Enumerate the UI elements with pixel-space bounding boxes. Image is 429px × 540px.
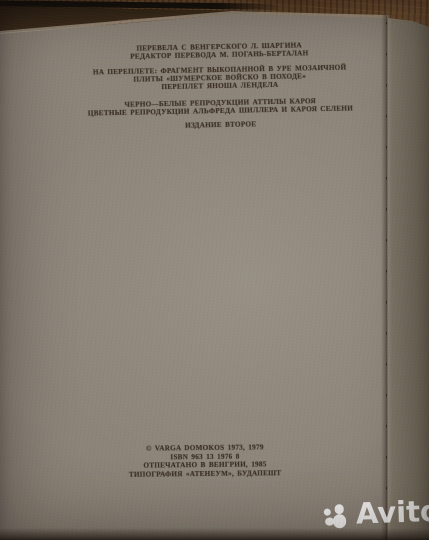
imprint-text: © VARGA DOMOKOS 1973, 1979 ISBN 963 13 1… (10, 442, 400, 480)
logo-circle-top (334, 504, 344, 514)
avito-wordmark: Avito (355, 494, 429, 531)
book-photo: ПЕРЕВЕЛА С ВЕНГЕРСКОГО Л. ШАРГИНА РЕДАКТ… (0, 0, 429, 540)
colophon-text: ПЕРЕВЕЛА С ВЕНГЕРСКОГО Л. ШАРГИНА РЕДАКТ… (19, 39, 421, 139)
edition-line: ИЗДАНИЕ ВТОРОЕ (21, 117, 421, 133)
logo-circle-big (332, 514, 346, 528)
avito-logo-icon (319, 501, 356, 534)
logo-circle-small (324, 509, 331, 516)
edition-block: ИЗДАНИЕ ВТОРОЕ (21, 117, 421, 133)
reproductions-block: ЧЕРНО—БЕЛЫЕ РЕПРОДУКЦИИ АТТИЛЫ КАРОЯ ЦВЕ… (20, 95, 420, 119)
cover-credit-block: НА ПЕРЕПЛЕТЕ: ФРАГМЕНТ ВЫКОПАННОЙ В УРЕ … (20, 62, 420, 94)
avito-watermark: Avito (317, 495, 429, 539)
